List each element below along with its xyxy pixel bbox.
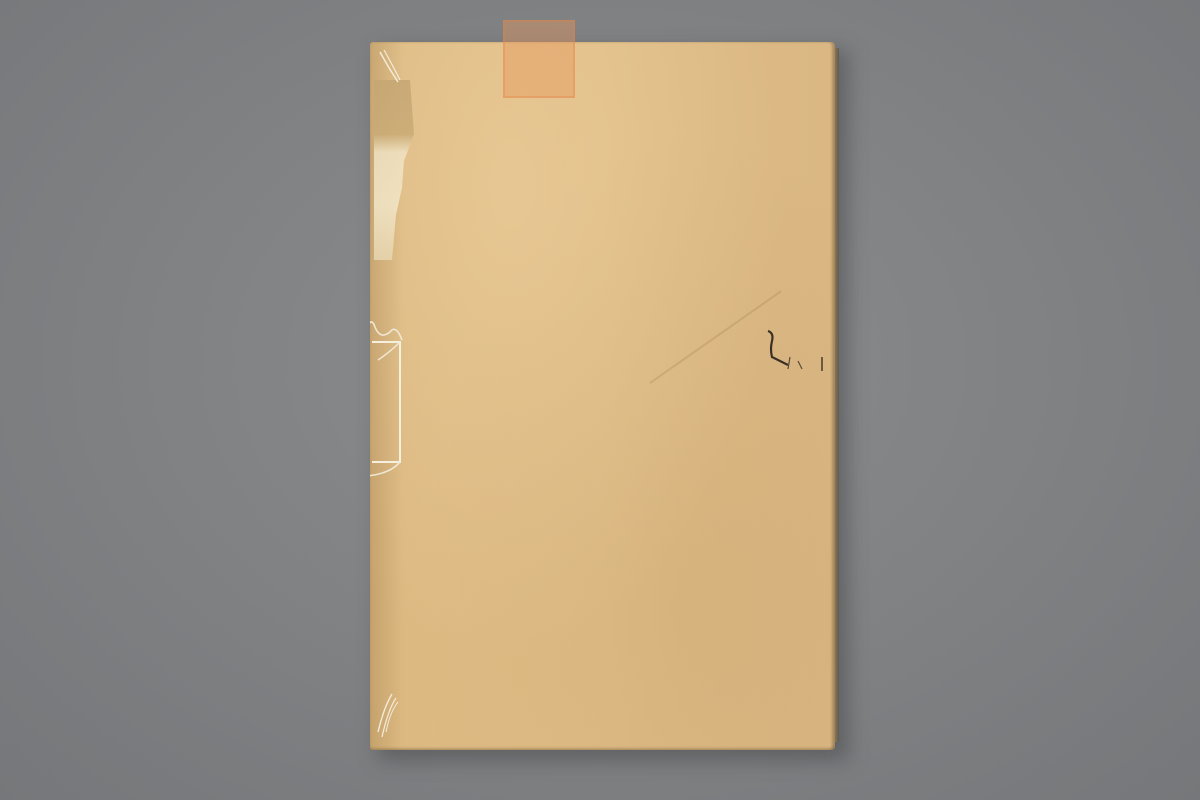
seal-stamp [503, 20, 575, 98]
binding-thread-icon [370, 42, 835, 750]
ink-mark-icon [762, 327, 832, 377]
torn-corner-patch [374, 80, 414, 260]
page-edge [835, 48, 839, 742]
book-cover [370, 42, 835, 750]
